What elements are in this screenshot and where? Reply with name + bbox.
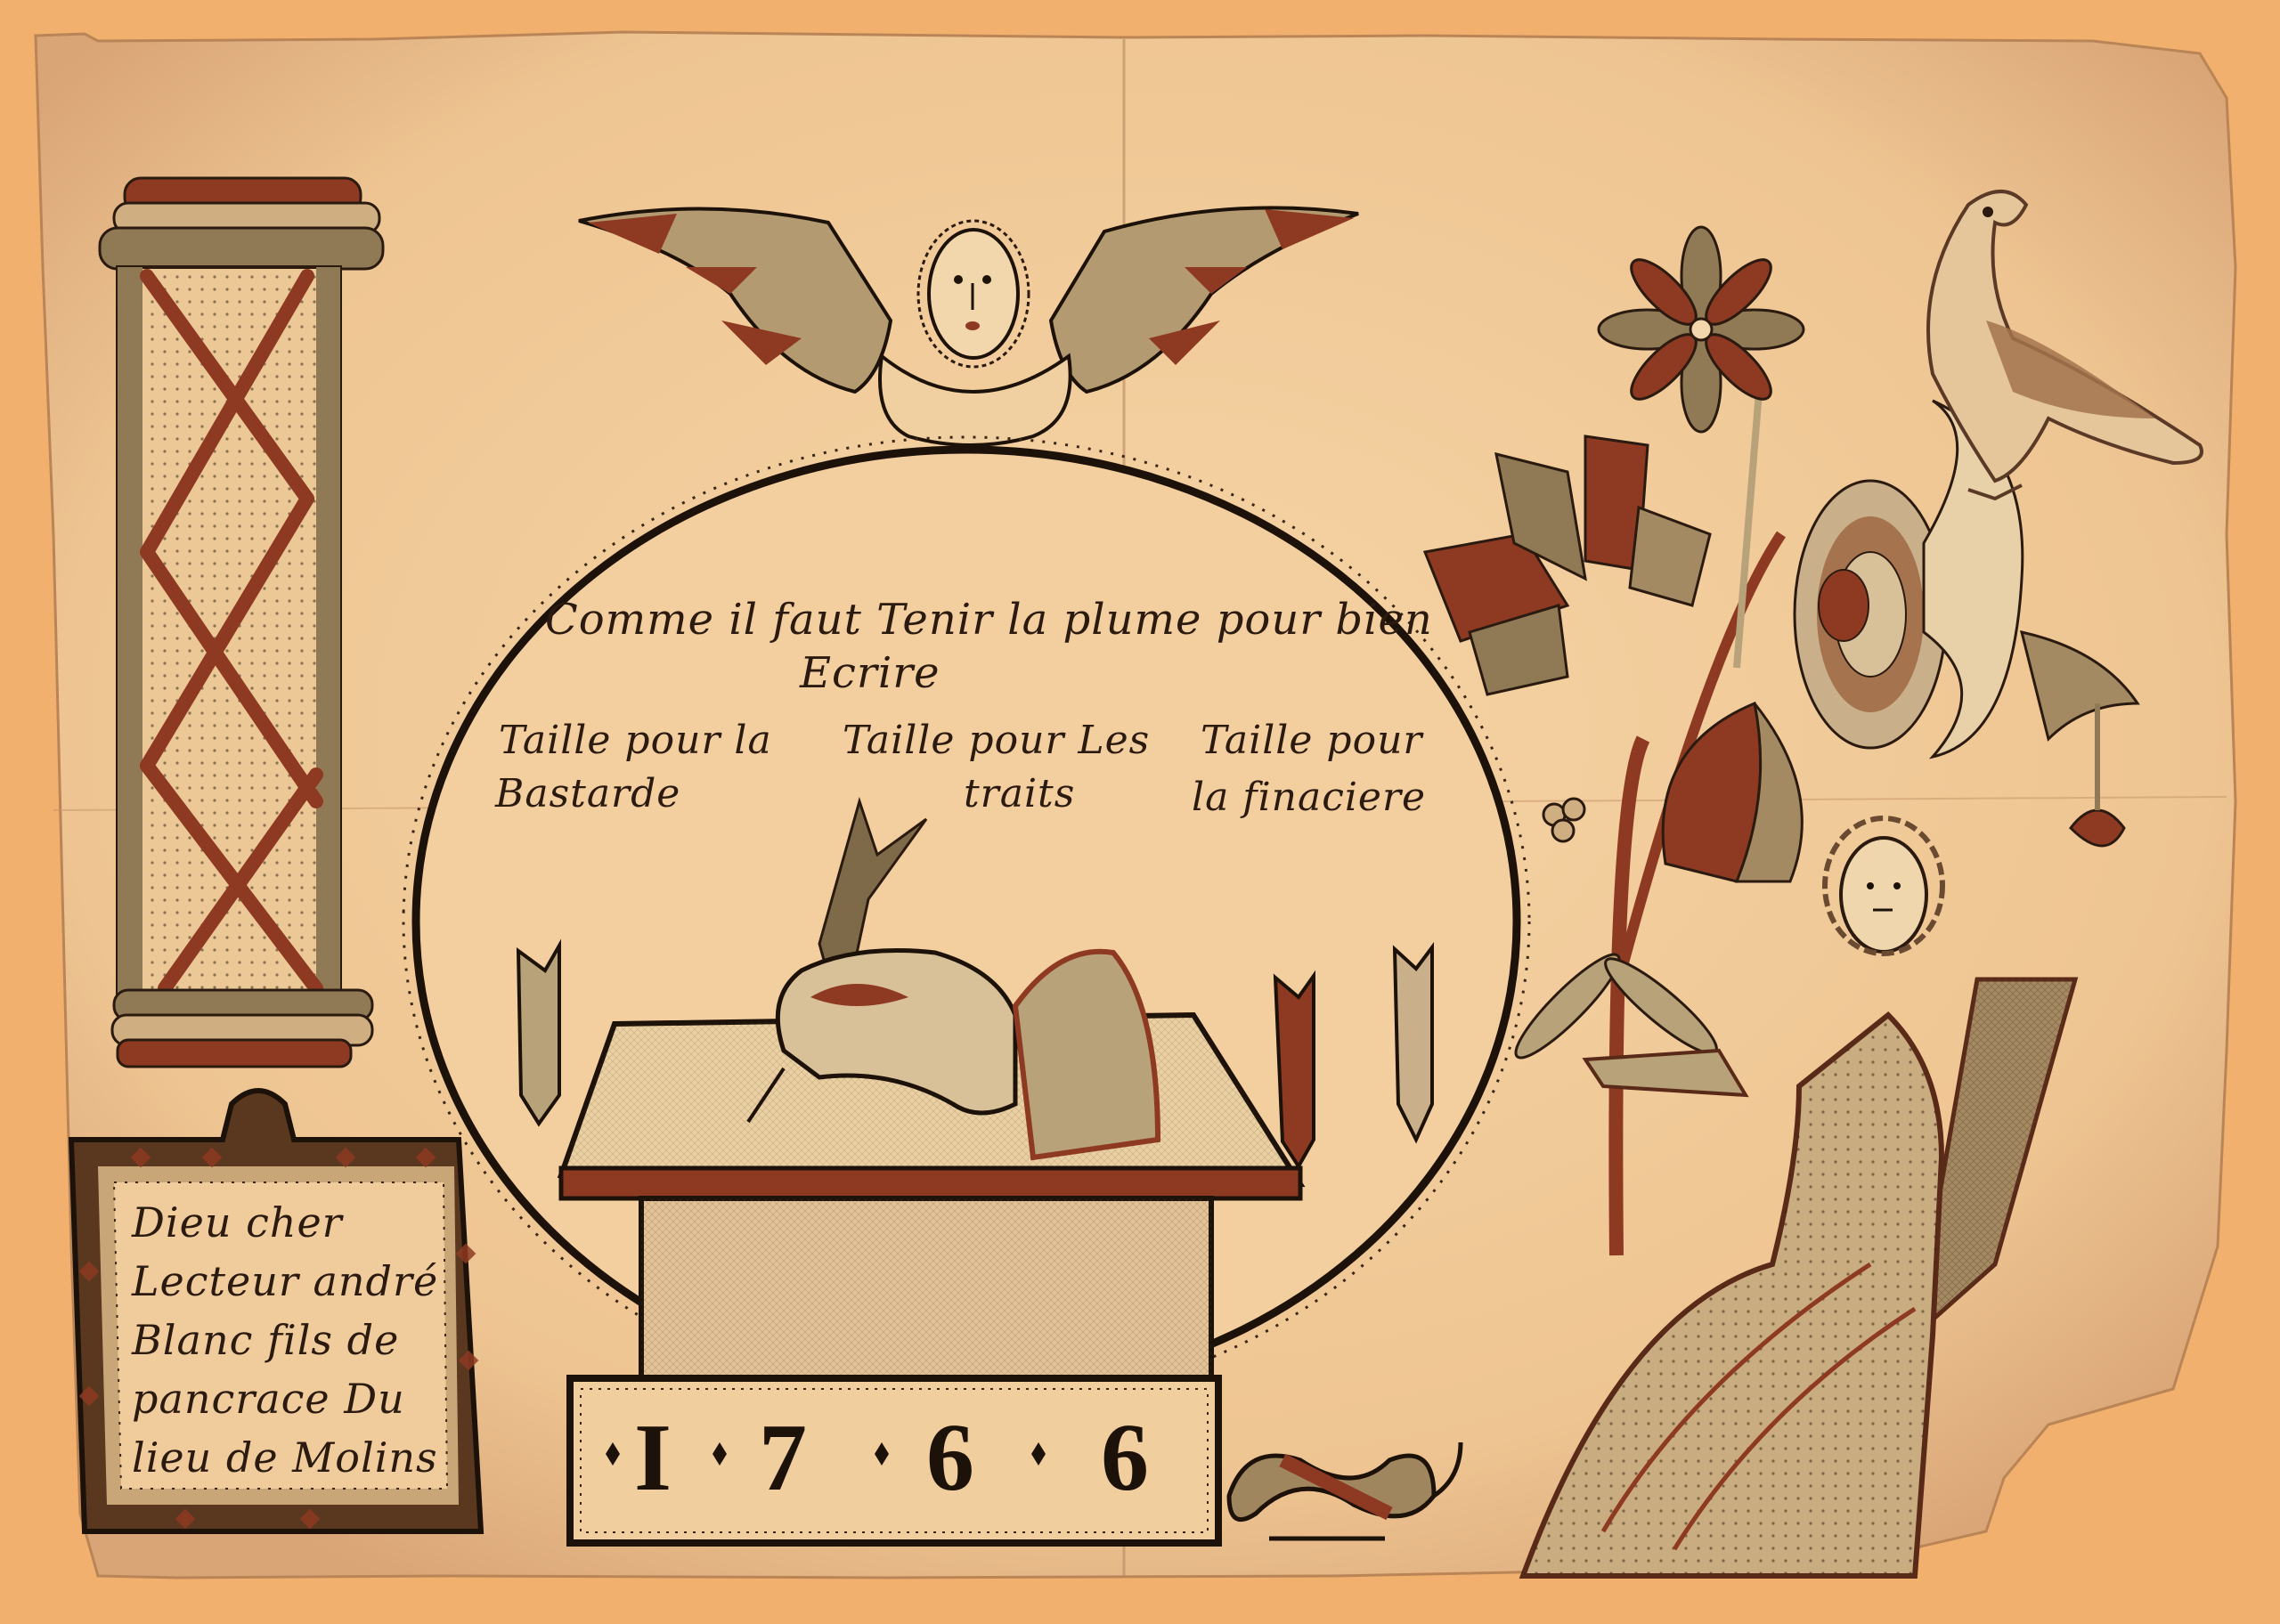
lattice-pillar — [100, 178, 383, 1067]
title-line-2: Ecrire — [800, 648, 940, 698]
date-digit-2: 7 — [759, 1403, 807, 1514]
cartouche-line-3: Blanc fils de — [132, 1311, 438, 1369]
cartouche-line-1: Dieu cher — [132, 1193, 438, 1252]
column-3-line-2: la finaciere — [1192, 775, 1426, 820]
date-digit-4: 6 — [1101, 1403, 1149, 1514]
column-3-line-1: Taille pour — [1201, 718, 1422, 763]
cartouche-line-4: pancrace Du — [132, 1369, 438, 1428]
column-2-line-2: traits — [964, 771, 1075, 816]
column-1-line-2: Bastarde — [495, 771, 680, 816]
title-line-1: Comme il faut Tenir la plume pour bien — [545, 595, 1433, 645]
cartouche-line-2: Lecteur andré — [132, 1252, 438, 1311]
column-2-line-1: Taille pour Les — [843, 718, 1150, 763]
date-digit-1: I — [634, 1403, 672, 1514]
cartouche-text: Dieu cher Lecteur andré Blanc fils de pa… — [132, 1193, 438, 1487]
artwork-photo: Comme il faut Tenir la plume pour bien E… — [0, 0, 2280, 1624]
cartouche-line-5: lieu de Molins — [132, 1428, 438, 1487]
column-1-line-1: Taille pour la — [499, 718, 772, 763]
date-digit-3: 6 — [926, 1403, 974, 1514]
